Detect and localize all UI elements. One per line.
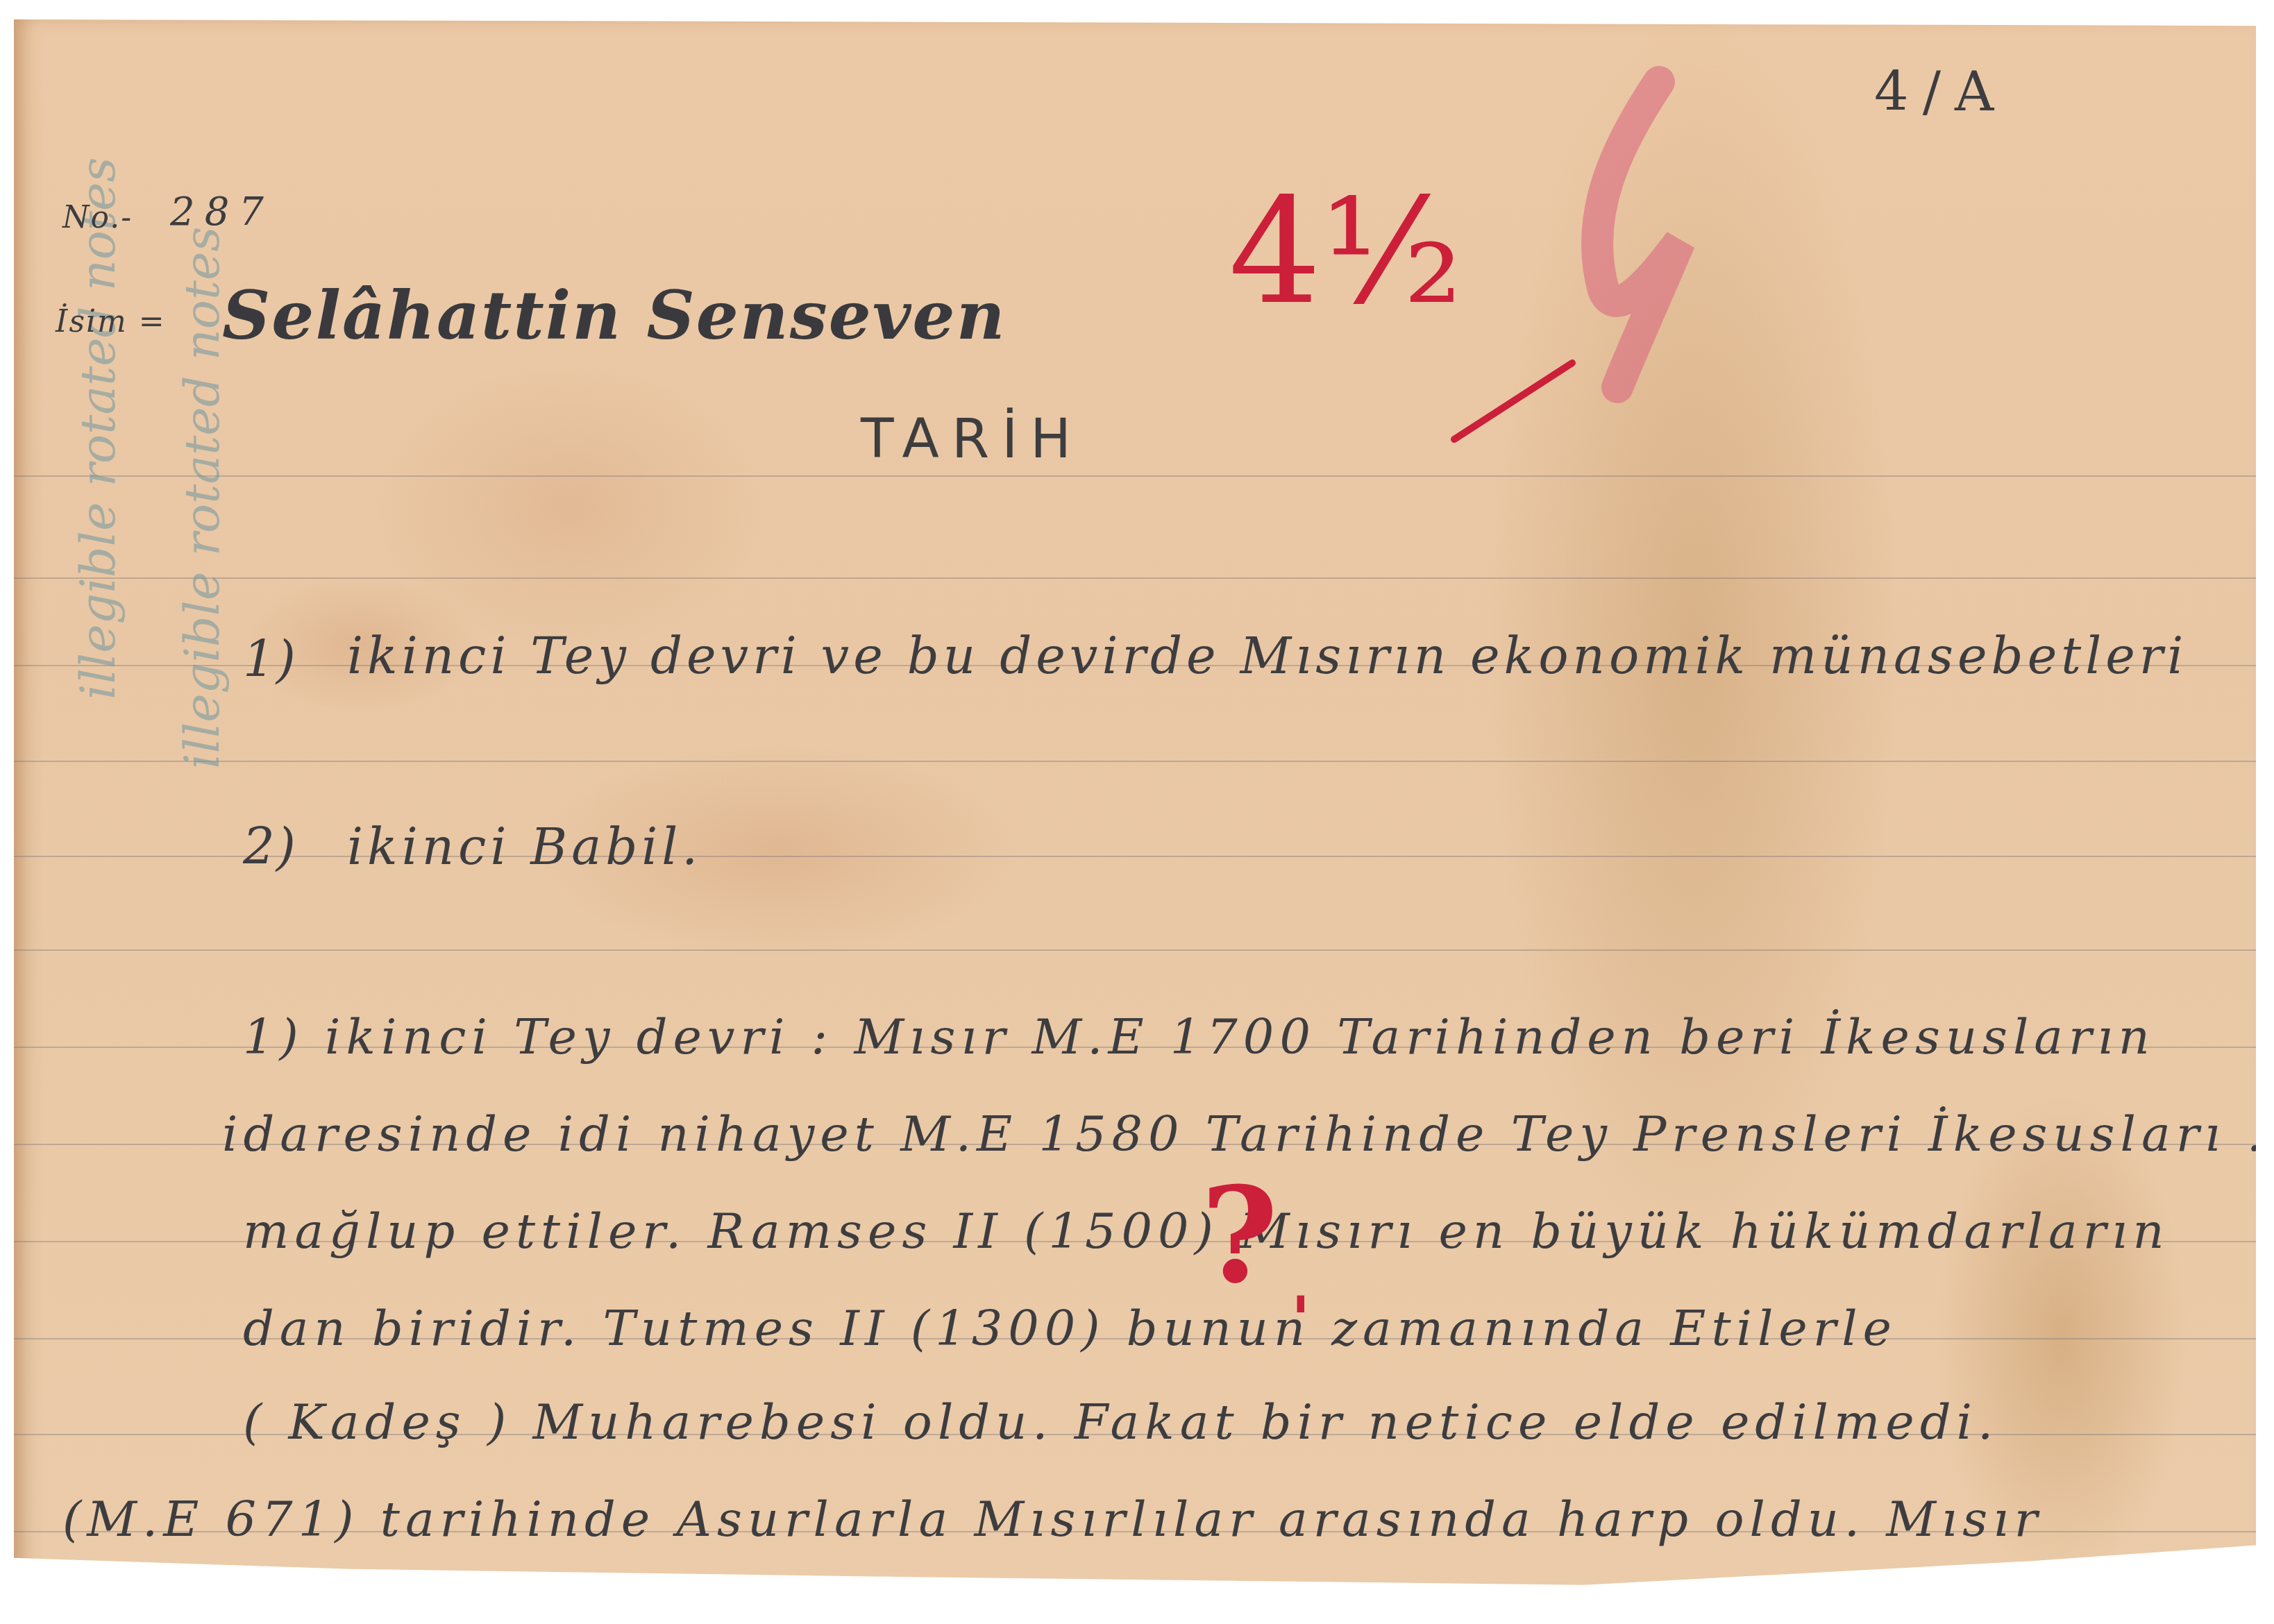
- ruled-line: [14, 949, 2256, 951]
- answer-line: idaresinde idi nihayet M.E 1580 Tarihind…: [222, 1106, 2268, 1162]
- exam-paper: 4/A illegible rotated notes illegible ro…: [14, 19, 2256, 1609]
- question-number: 2): [243, 818, 297, 876]
- question-text: ikinci Tey devri ve bu devirde Mısırın e…: [347, 627, 2187, 685]
- page-title: TARİH: [861, 408, 1084, 471]
- student-number: 287: [170, 189, 273, 235]
- answer-line: (M.E 671) tarihinde Asurlarla Mısırlılar…: [62, 1491, 2043, 1548]
- grade-mark: 4½: [1229, 179, 1463, 325]
- red-correction-mark: ?: [1201, 1158, 1278, 1312]
- ruled-line: [14, 577, 2256, 579]
- question-number: 1): [243, 630, 297, 688]
- question-text: ikinci Babil.: [347, 818, 702, 876]
- answer-line-cut: ... ... ... ... Tey devri nihayet buldu.…: [243, 1574, 1300, 1624]
- red-tick-mark: ': [1291, 1283, 1311, 1356]
- grade-flourish: [1444, 353, 1583, 450]
- margin-pencil-note: illegible rotated notes: [69, 158, 126, 700]
- answer-line: ( Kadeş ) Muharebesi oldu. Fakat bir net…: [243, 1394, 1998, 1450]
- answer-line: 1) ikinci Tey devri : Mısır M.E 1700 Tar…: [243, 1008, 2155, 1065]
- ruled-line: [14, 475, 2256, 477]
- answer-line: dan biridir. Tutmes II (1300) bunun zama…: [243, 1300, 1897, 1357]
- number-label: No.-: [62, 200, 133, 235]
- ruled-line: [14, 761, 2256, 762]
- student-name: Selâhattin Senseven: [222, 276, 1006, 355]
- page-reference: 4/A: [1874, 61, 2007, 124]
- name-label: İsim =: [56, 304, 166, 339]
